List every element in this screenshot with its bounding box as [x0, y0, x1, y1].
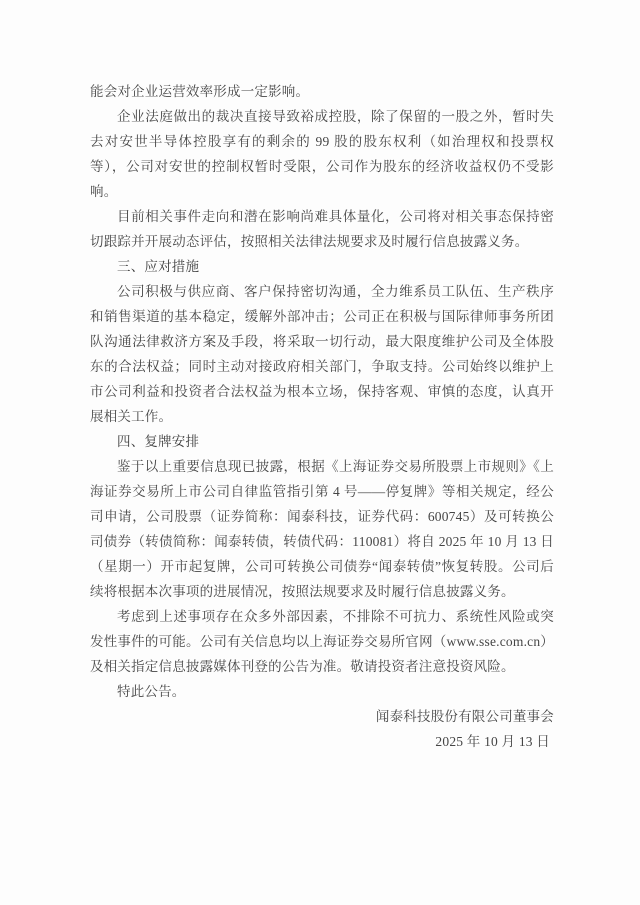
- announcement-date: 2025 年 10 月 13 日: [90, 729, 554, 754]
- section-heading-resumption-arrangement: 四、复牌安排: [90, 429, 554, 454]
- announcement-document-page: 能会对企业运营效率形成一定影响。 企业法庭做出的裁决直接导致裕成控股，除了保留的…: [0, 0, 640, 905]
- closing-statement: 特此公告。: [90, 679, 554, 704]
- paragraph-response-measures: 公司积极与供应商、客户保持密切沟通，全力维系员工队伍、生产秩序和销售渠道的基本稳…: [90, 279, 554, 429]
- paragraph-court-ruling: 企业法庭做出的裁决直接导致裕成控股，除了保留的一股之外，暂时失去对安世半导体控股…: [90, 104, 554, 204]
- paragraph-risk-notice: 考虑到上述事项存在众多外部因素，不排除不可抗力、系统性风险或突发性事件的可能。公…: [90, 604, 554, 679]
- paragraph-resumption-details: 鉴于以上重要信息现已披露，根据《上海证券交易所股票上市规则》《上海证券交易所上市…: [90, 454, 554, 604]
- section-heading-response-measures: 三、应对措施: [90, 254, 554, 279]
- paragraph-continuation: 能会对企业运营效率形成一定影响。: [90, 79, 554, 104]
- paragraph-impact-assessment: 目前相关事件走向和潜在影响尚难具体量化，公司将对相关事态保持密切跟踪并开展动态评…: [90, 204, 554, 254]
- signature-board-of-directors: 闻泰科技股份有限公司董事会: [90, 704, 554, 729]
